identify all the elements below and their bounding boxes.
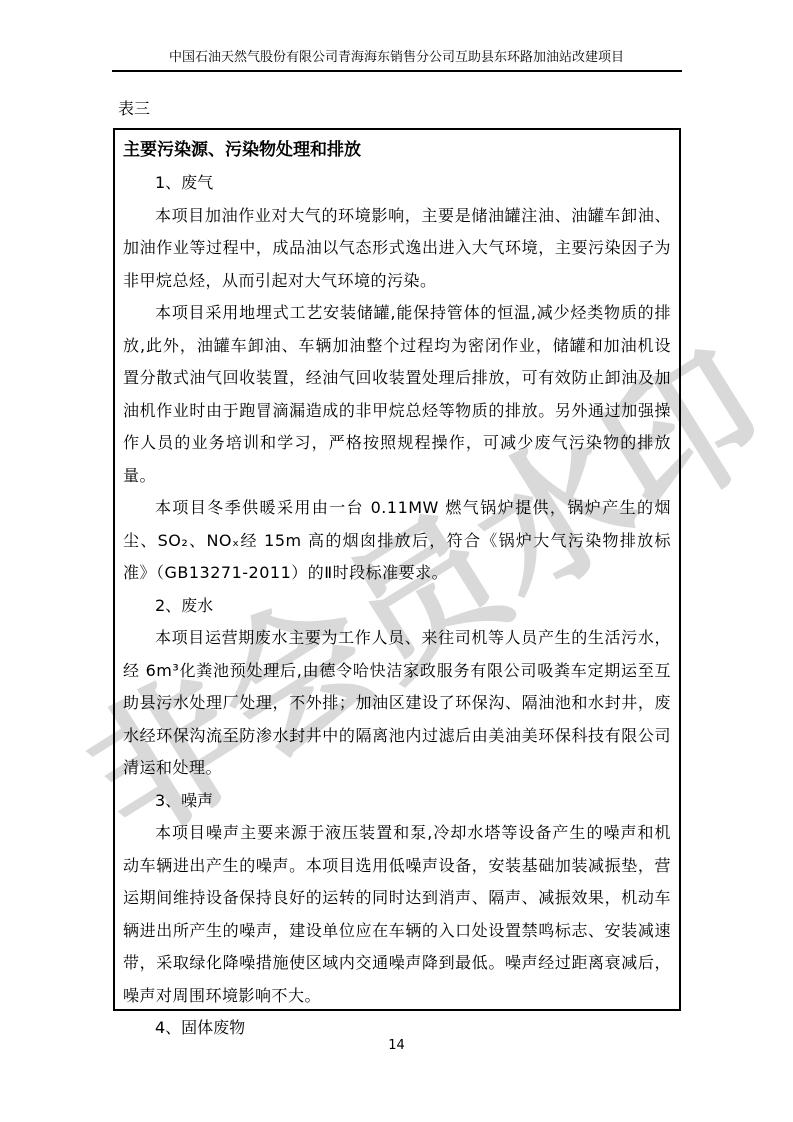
document-page: 非会员水印 中国石油天然气股份有限公司青海海东销售分公司互助县东环路加油站改建项…: [0, 0, 793, 1122]
table-label: 表三: [118, 96, 150, 119]
section-heading-waste-gas: 1、废气: [123, 167, 671, 200]
document-header-title: 中国石油天然气股份有限公司青海海东销售分公司互助县东环路加油站改建项目: [0, 46, 793, 65]
table-title: 主要污染源、污染物处理和排放: [123, 133, 671, 167]
waste-gas-paragraph-2: 本项目采用地埋式工艺安装储罐,能保持管体的恒温,减少烃类物质的排放,此外，油罐车…: [123, 297, 671, 492]
pollution-table-box: 主要污染源、污染物处理和排放 1、废气 本项目加油作业对大气的环境影响，主要是储…: [113, 128, 681, 1011]
noise-paragraph-1: 本项目噪声主要来源于液压装置和泵,冷却水塔等设备产生的噪声和机动车辆进出产生的噪…: [123, 817, 671, 1012]
section-heading-waste-water: 2、废水: [123, 590, 671, 623]
page-number: 14: [0, 1038, 793, 1053]
header-divider-rule: [112, 70, 682, 72]
waste-water-paragraph-1: 本项目运营期废水主要为工作人员、来往司机等人员产生的生活污水，经 6m³化粪池预…: [123, 622, 671, 785]
waste-gas-paragraph-3: 本项目冬季供暖采用由一台 0.11MW 燃气锅炉提供，锅炉产生的烟尘、SO₂、N…: [123, 492, 671, 590]
section-heading-noise: 3、噪声: [123, 785, 671, 818]
waste-gas-paragraph-1: 本项目加油作业对大气的环境影响，主要是储油罐注油、油罐车卸油、加油作业等过程中，…: [123, 200, 671, 298]
